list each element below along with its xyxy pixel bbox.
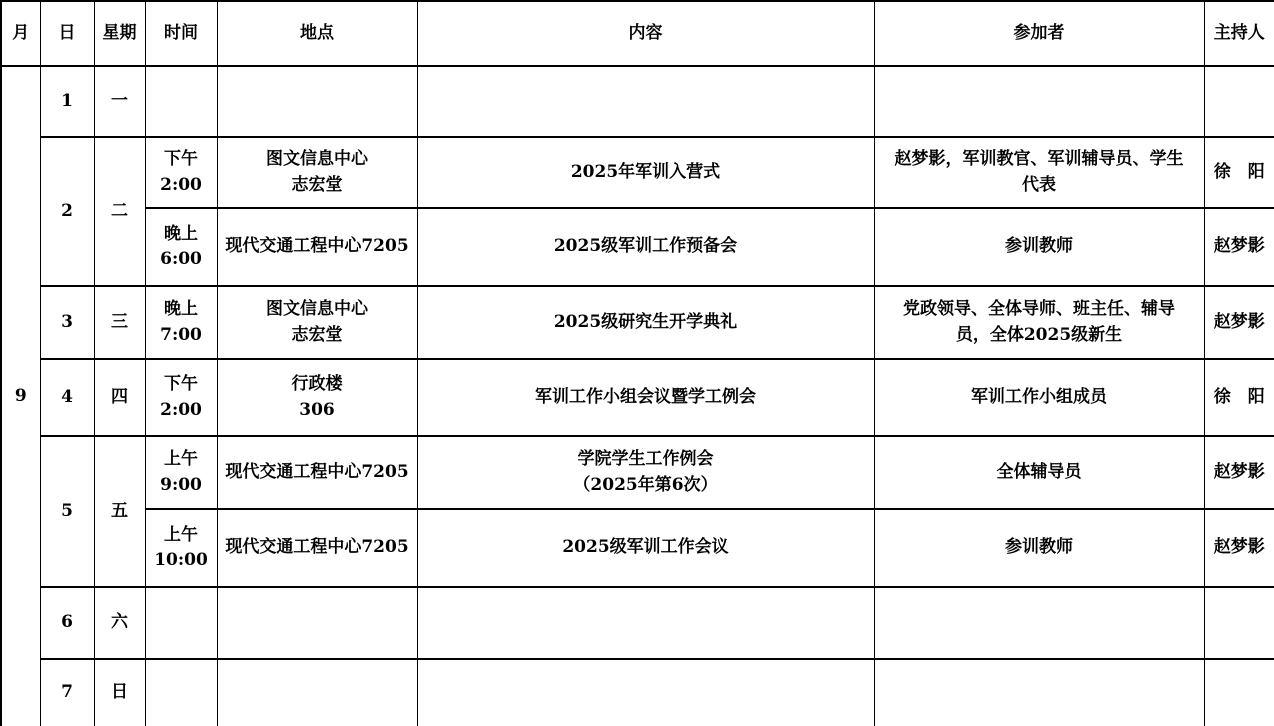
host-cell <box>1204 66 1274 137</box>
table-row-day7: 7 日 <box>1 659 1274 726</box>
time-cell <box>145 66 217 137</box>
table-row-day4: 4 四 下午 2:00 行政楼 306 军训工作小组会议暨学工例会 军训工作小组… <box>1 359 1274 436</box>
time-cell: 晚上 6:00 <box>145 208 217 286</box>
day-cell: 2 <box>40 137 94 286</box>
content-cell: 2025年军训入营式 <box>417 137 874 208</box>
header-row: 月 日 星期 时间 地点 内容 参加者 主持人 <box>1 1 1274 66</box>
content-cell: 2025级研究生开学典礼 <box>417 286 874 359</box>
table-row-day2-event1: 2 二 下午 2:00 图文信息中心 志宏堂 2025年军训入营式 赵梦影，军训… <box>1 137 1274 208</box>
table-row-day5-event1: 5 五 上午 9:00 现代交通工程中心7205 学院学生工作例会 （2025年… <box>1 436 1274 509</box>
day-cell: 6 <box>40 587 94 659</box>
content-cell <box>417 587 874 659</box>
location-cell: 图文信息中心 志宏堂 <box>217 286 417 359</box>
time-cell: 上午 10:00 <box>145 509 217 587</box>
table-row-day1: 9 1 一 <box>1 66 1274 137</box>
weekday-cell: 一 <box>94 66 145 137</box>
table-row-day5-event2: 上午 10:00 现代交通工程中心7205 2025级军训工作会议 参训教师 赵… <box>1 509 1274 587</box>
participants-cell <box>874 659 1204 726</box>
location-cell <box>217 659 417 726</box>
participants-cell: 军训工作小组成员 <box>874 359 1204 436</box>
content-cell: 学院学生工作例会 （2025年第6次） <box>417 436 874 509</box>
weekday-cell: 三 <box>94 286 145 359</box>
location-cell <box>217 66 417 137</box>
time-cell <box>145 587 217 659</box>
schedule-page: 月 日 星期 时间 地点 内容 参加者 主持人 9 1 一 <box>0 0 1274 726</box>
content-cell: 军训工作小组会议暨学工例会 <box>417 359 874 436</box>
header-content: 内容 <box>417 1 874 66</box>
schedule-table: 月 日 星期 时间 地点 内容 参加者 主持人 9 1 一 <box>0 0 1274 726</box>
weekday-cell: 四 <box>94 359 145 436</box>
content-cell <box>417 66 874 137</box>
host-cell: 徐 阳 <box>1204 137 1274 208</box>
header-day: 日 <box>40 1 94 66</box>
location-cell: 图文信息中心 志宏堂 <box>217 137 417 208</box>
time-cell: 下午 2:00 <box>145 359 217 436</box>
participants-cell <box>874 66 1204 137</box>
participants-cell: 赵梦影，军训教官、军训辅导员、学生 代表 <box>874 137 1204 208</box>
participants-cell: 全体辅导员 <box>874 436 1204 509</box>
weekday-cell: 日 <box>94 659 145 726</box>
month-cell: 9 <box>1 66 40 726</box>
location-cell: 现代交通工程中心7205 <box>217 208 417 286</box>
day-cell: 1 <box>40 66 94 137</box>
content-cell: 2025级军训工作预备会 <box>417 208 874 286</box>
host-cell: 赵梦影 <box>1204 286 1274 359</box>
day-cell: 5 <box>40 436 94 587</box>
location-cell <box>217 587 417 659</box>
location-cell: 现代交通工程中心7205 <box>217 436 417 509</box>
host-cell: 赵梦影 <box>1204 436 1274 509</box>
table-row-day3: 3 三 晚上 7:00 图文信息中心 志宏堂 2025级研究生开学典礼 党政领导… <box>1 286 1274 359</box>
header-weekday: 星期 <box>94 1 145 66</box>
time-cell: 晚上 7:00 <box>145 286 217 359</box>
header-host: 主持人 <box>1204 1 1274 66</box>
host-cell: 赵梦影 <box>1204 208 1274 286</box>
content-cell: 2025级军训工作会议 <box>417 509 874 587</box>
table-row-day6: 6 六 <box>1 587 1274 659</box>
table-row-day2-event2: 晚上 6:00 现代交通工程中心7205 2025级军训工作预备会 参训教师 赵… <box>1 208 1274 286</box>
header-participants: 参加者 <box>874 1 1204 66</box>
host-cell <box>1204 587 1274 659</box>
weekday-cell: 二 <box>94 137 145 286</box>
day-cell: 4 <box>40 359 94 436</box>
time-cell: 下午 2:00 <box>145 137 217 208</box>
header-time: 时间 <box>145 1 217 66</box>
host-cell: 赵梦影 <box>1204 509 1274 587</box>
host-cell: 徐 阳 <box>1204 359 1274 436</box>
day-cell: 3 <box>40 286 94 359</box>
location-cell: 现代交通工程中心7205 <box>217 509 417 587</box>
participants-cell: 参训教师 <box>874 509 1204 587</box>
content-cell <box>417 659 874 726</box>
participants-cell <box>874 587 1204 659</box>
participants-cell: 党政领导、全体导师、班主任、辅导 员，全体2025级新生 <box>874 286 1204 359</box>
host-cell <box>1204 659 1274 726</box>
participants-cell: 参训教师 <box>874 208 1204 286</box>
header-month: 月 <box>1 1 40 66</box>
time-cell: 上午 9:00 <box>145 436 217 509</box>
day-cell: 7 <box>40 659 94 726</box>
weekday-cell: 六 <box>94 587 145 659</box>
time-cell <box>145 659 217 726</box>
weekday-cell: 五 <box>94 436 145 587</box>
header-location: 地点 <box>217 1 417 66</box>
location-cell: 行政楼 306 <box>217 359 417 436</box>
